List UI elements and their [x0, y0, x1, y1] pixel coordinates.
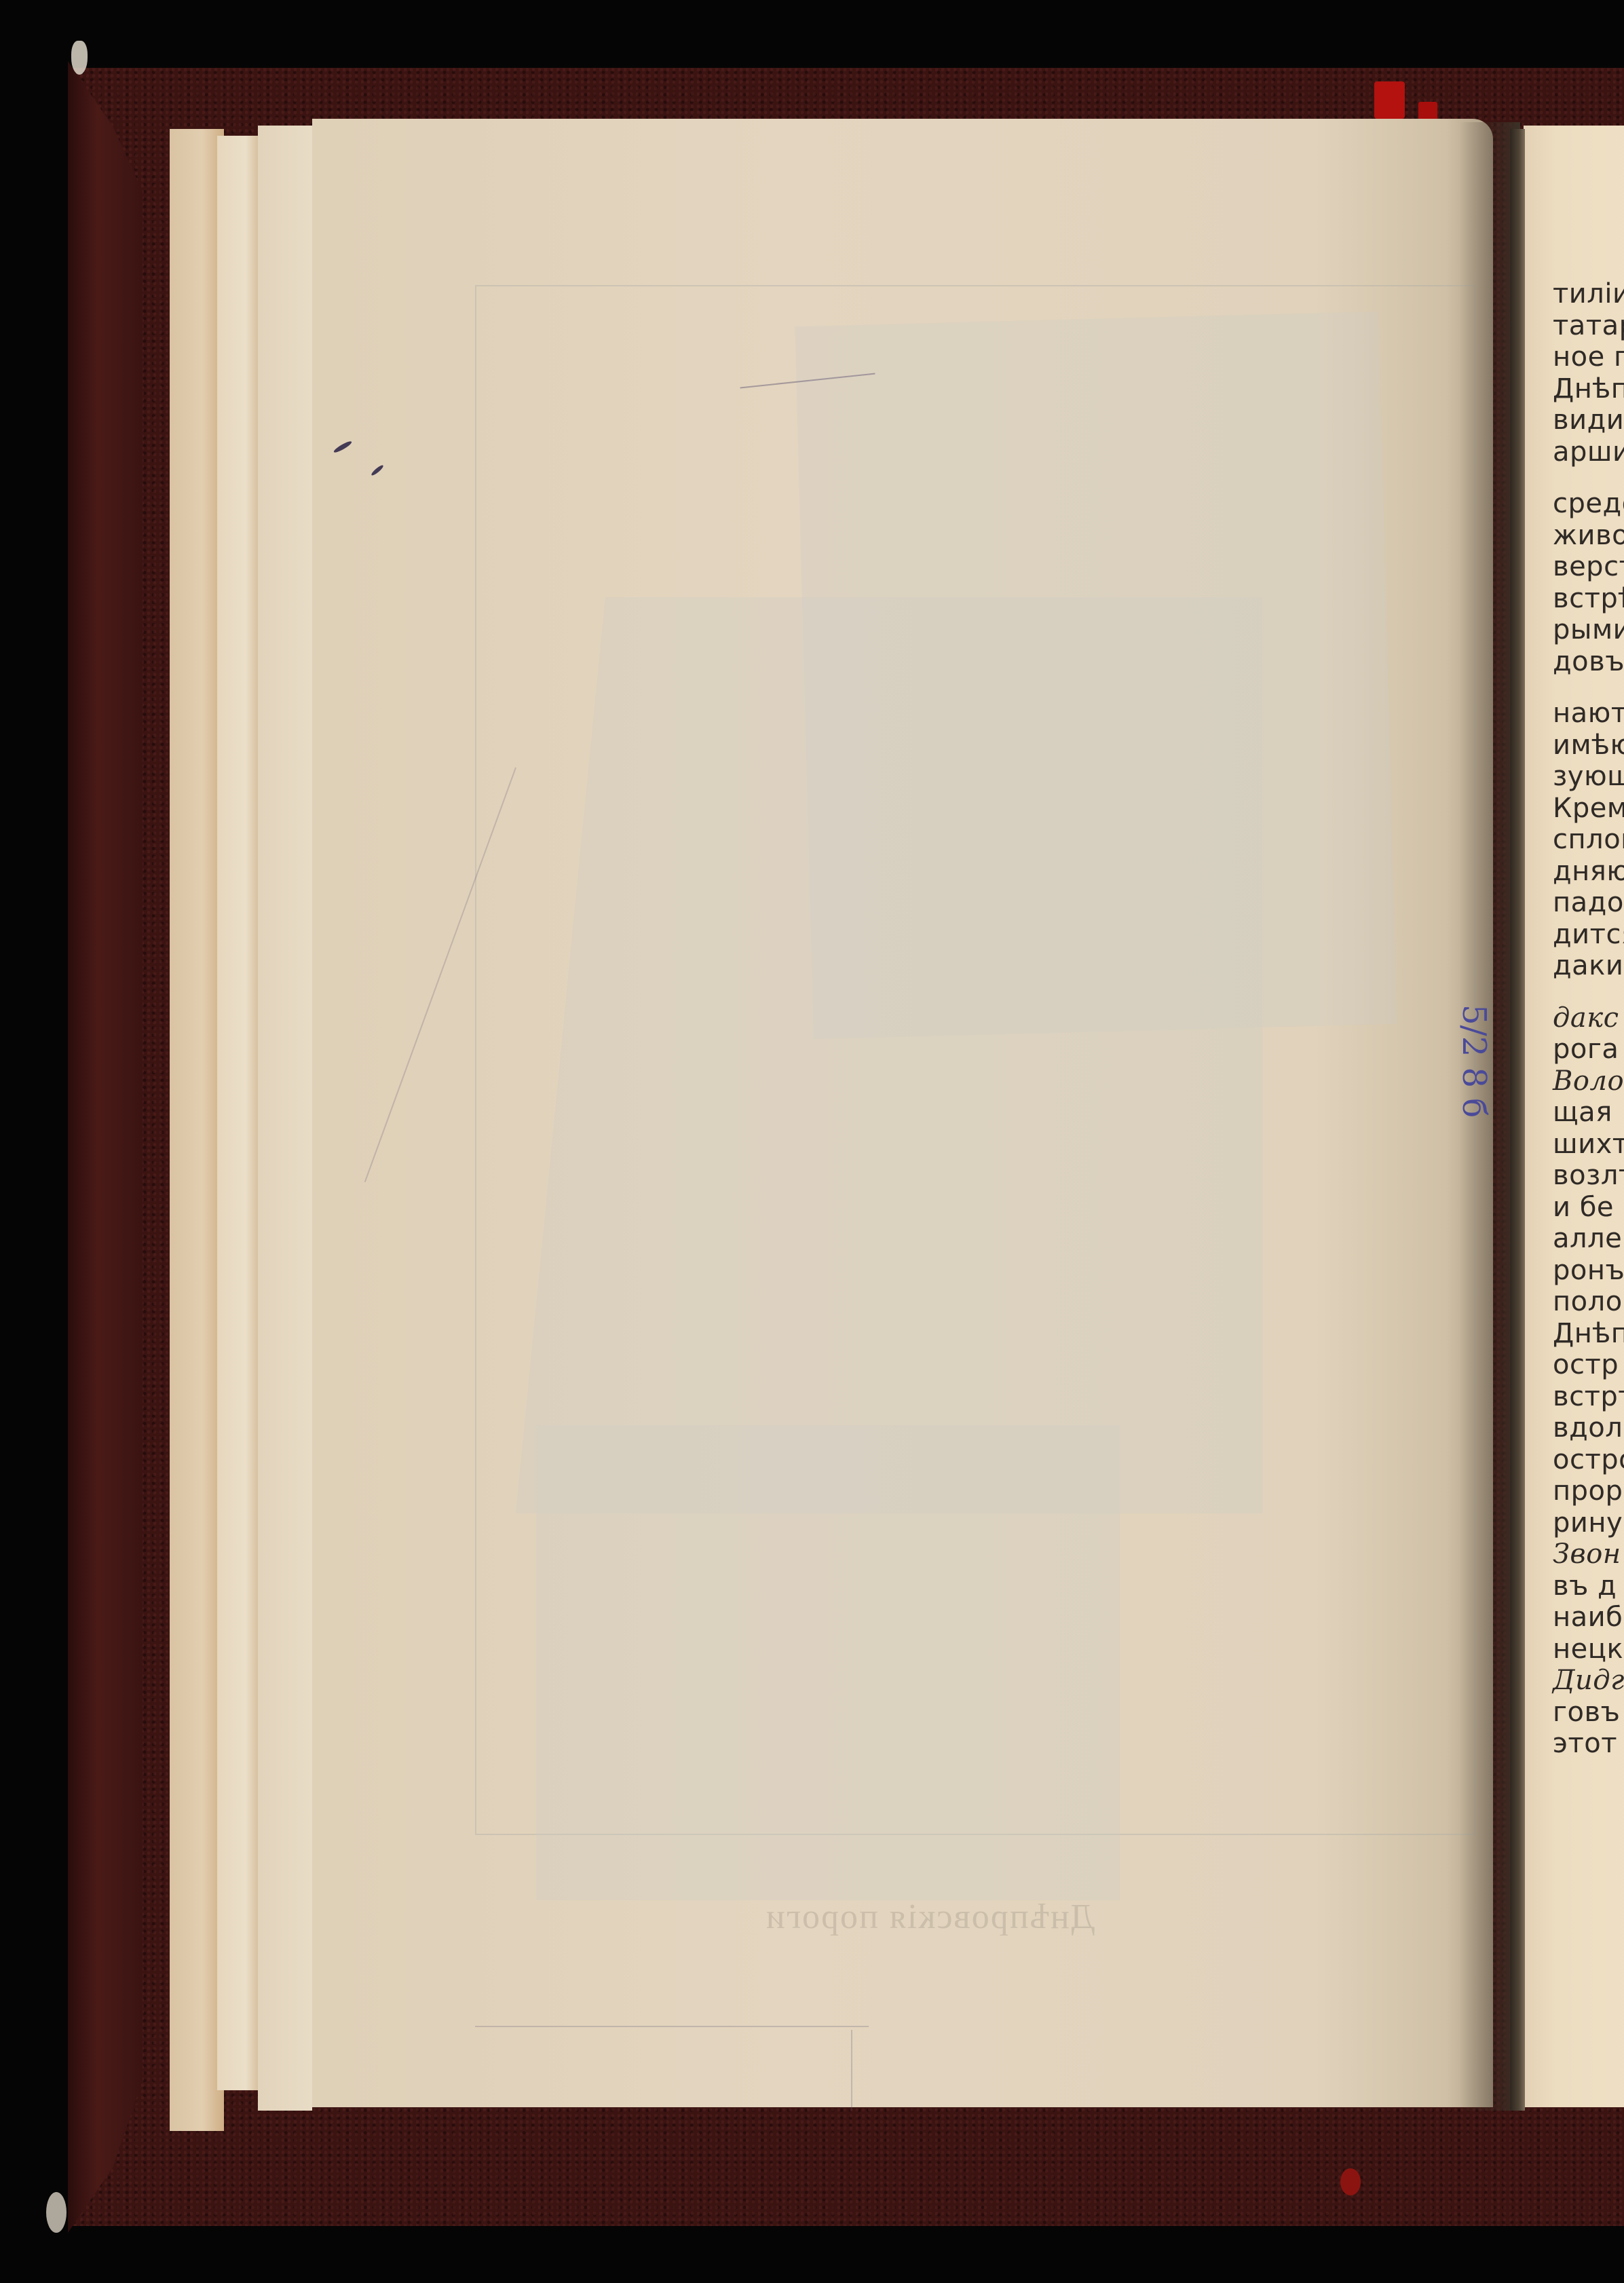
text-line: остр	[1553, 1349, 1624, 1381]
text-line: имѣю	[1553, 730, 1624, 761]
plate-bleed-shape	[536, 1425, 1120, 1900]
paragraph-gap	[1553, 982, 1624, 1002]
text-line: Звон	[1553, 1539, 1624, 1570]
page-edge-stack-3	[258, 126, 312, 2111]
text-line: Днѣп	[1553, 1318, 1624, 1350]
text-line: прор	[1553, 1475, 1624, 1507]
text-line: встрѣ	[1553, 583, 1624, 615]
text-line: тиліи	[1553, 278, 1624, 310]
paragraph-gap	[1553, 677, 1624, 698]
page-edge-stack-1	[170, 129, 224, 2131]
text-line: види	[1553, 404, 1624, 436]
ribbon-bookmark[interactable]	[1374, 81, 1405, 119]
text-line: въ д	[1553, 1570, 1624, 1602]
handwritten-ink-note: 5/2 8 б	[1289, 1004, 1493, 1045]
text-line: рину	[1553, 1507, 1624, 1539]
text-line: поло	[1553, 1286, 1624, 1318]
cover-corner-wear-bottom	[46, 2192, 67, 2233]
paragraph-gap	[1553, 468, 1624, 488]
text-line: дакс	[1553, 1002, 1624, 1034]
text-line: арши	[1553, 436, 1624, 468]
book-spine-edge	[68, 61, 143, 2233]
text-line: шихт	[1553, 1129, 1624, 1161]
text-line: дняю	[1553, 856, 1624, 888]
text-line: Крем	[1553, 793, 1624, 825]
text-line: говъ	[1553, 1697, 1624, 1729]
ribbon-bookmark-bottom	[1340, 2168, 1361, 2195]
text-line: дится	[1553, 919, 1624, 951]
text-line: и бе	[1553, 1192, 1624, 1224]
text-line: сплош	[1553, 824, 1624, 856]
text-line: этот	[1553, 1728, 1624, 1760]
text-line: алле	[1553, 1223, 1624, 1255]
text-line: Воло	[1553, 1065, 1624, 1097]
text-line: Дидг	[1553, 1665, 1624, 1697]
text-line: живо	[1553, 520, 1624, 552]
text-line: встрт	[1553, 1381, 1624, 1413]
text-line: зуюш	[1553, 761, 1624, 793]
text-line: возлт	[1553, 1160, 1624, 1192]
plate-bleed-shape	[516, 597, 1262, 1513]
text-line: рыми	[1553, 614, 1624, 646]
text-line: нают	[1553, 698, 1624, 730]
text-line: падо	[1553, 887, 1624, 919]
text-line: татар	[1553, 310, 1624, 342]
right-page-text: тиліитатарное пДнѣпвидиаршисредоживоверс…	[1553, 278, 1624, 1760]
text-line: ное п	[1553, 341, 1624, 373]
text-line: щая	[1553, 1097, 1624, 1129]
page-edge-stack-2	[217, 136, 258, 2090]
text-line: средо	[1553, 488, 1624, 520]
text-line: вдол	[1553, 1412, 1624, 1444]
book-gutter	[1510, 129, 1525, 2111]
plate-caption-bleed-through: Днѣпровскія пороги	[699, 1897, 1160, 1937]
text-line: наиб	[1553, 1602, 1624, 1634]
text-line: ронъ	[1553, 1255, 1624, 1287]
text-line: довъ	[1553, 646, 1624, 678]
text-line: остро	[1553, 1444, 1624, 1476]
text-line: рога	[1553, 1034, 1624, 1065]
pencil-bracket-line	[851, 2030, 852, 2111]
text-line: Днѣп	[1553, 373, 1624, 405]
text-line: даки	[1553, 950, 1624, 982]
text-line: нецк	[1553, 1634, 1624, 1665]
cover-corner-wear-top	[71, 41, 88, 75]
pencil-bracket-line	[475, 2026, 869, 2027]
text-line: верст	[1553, 551, 1624, 583]
